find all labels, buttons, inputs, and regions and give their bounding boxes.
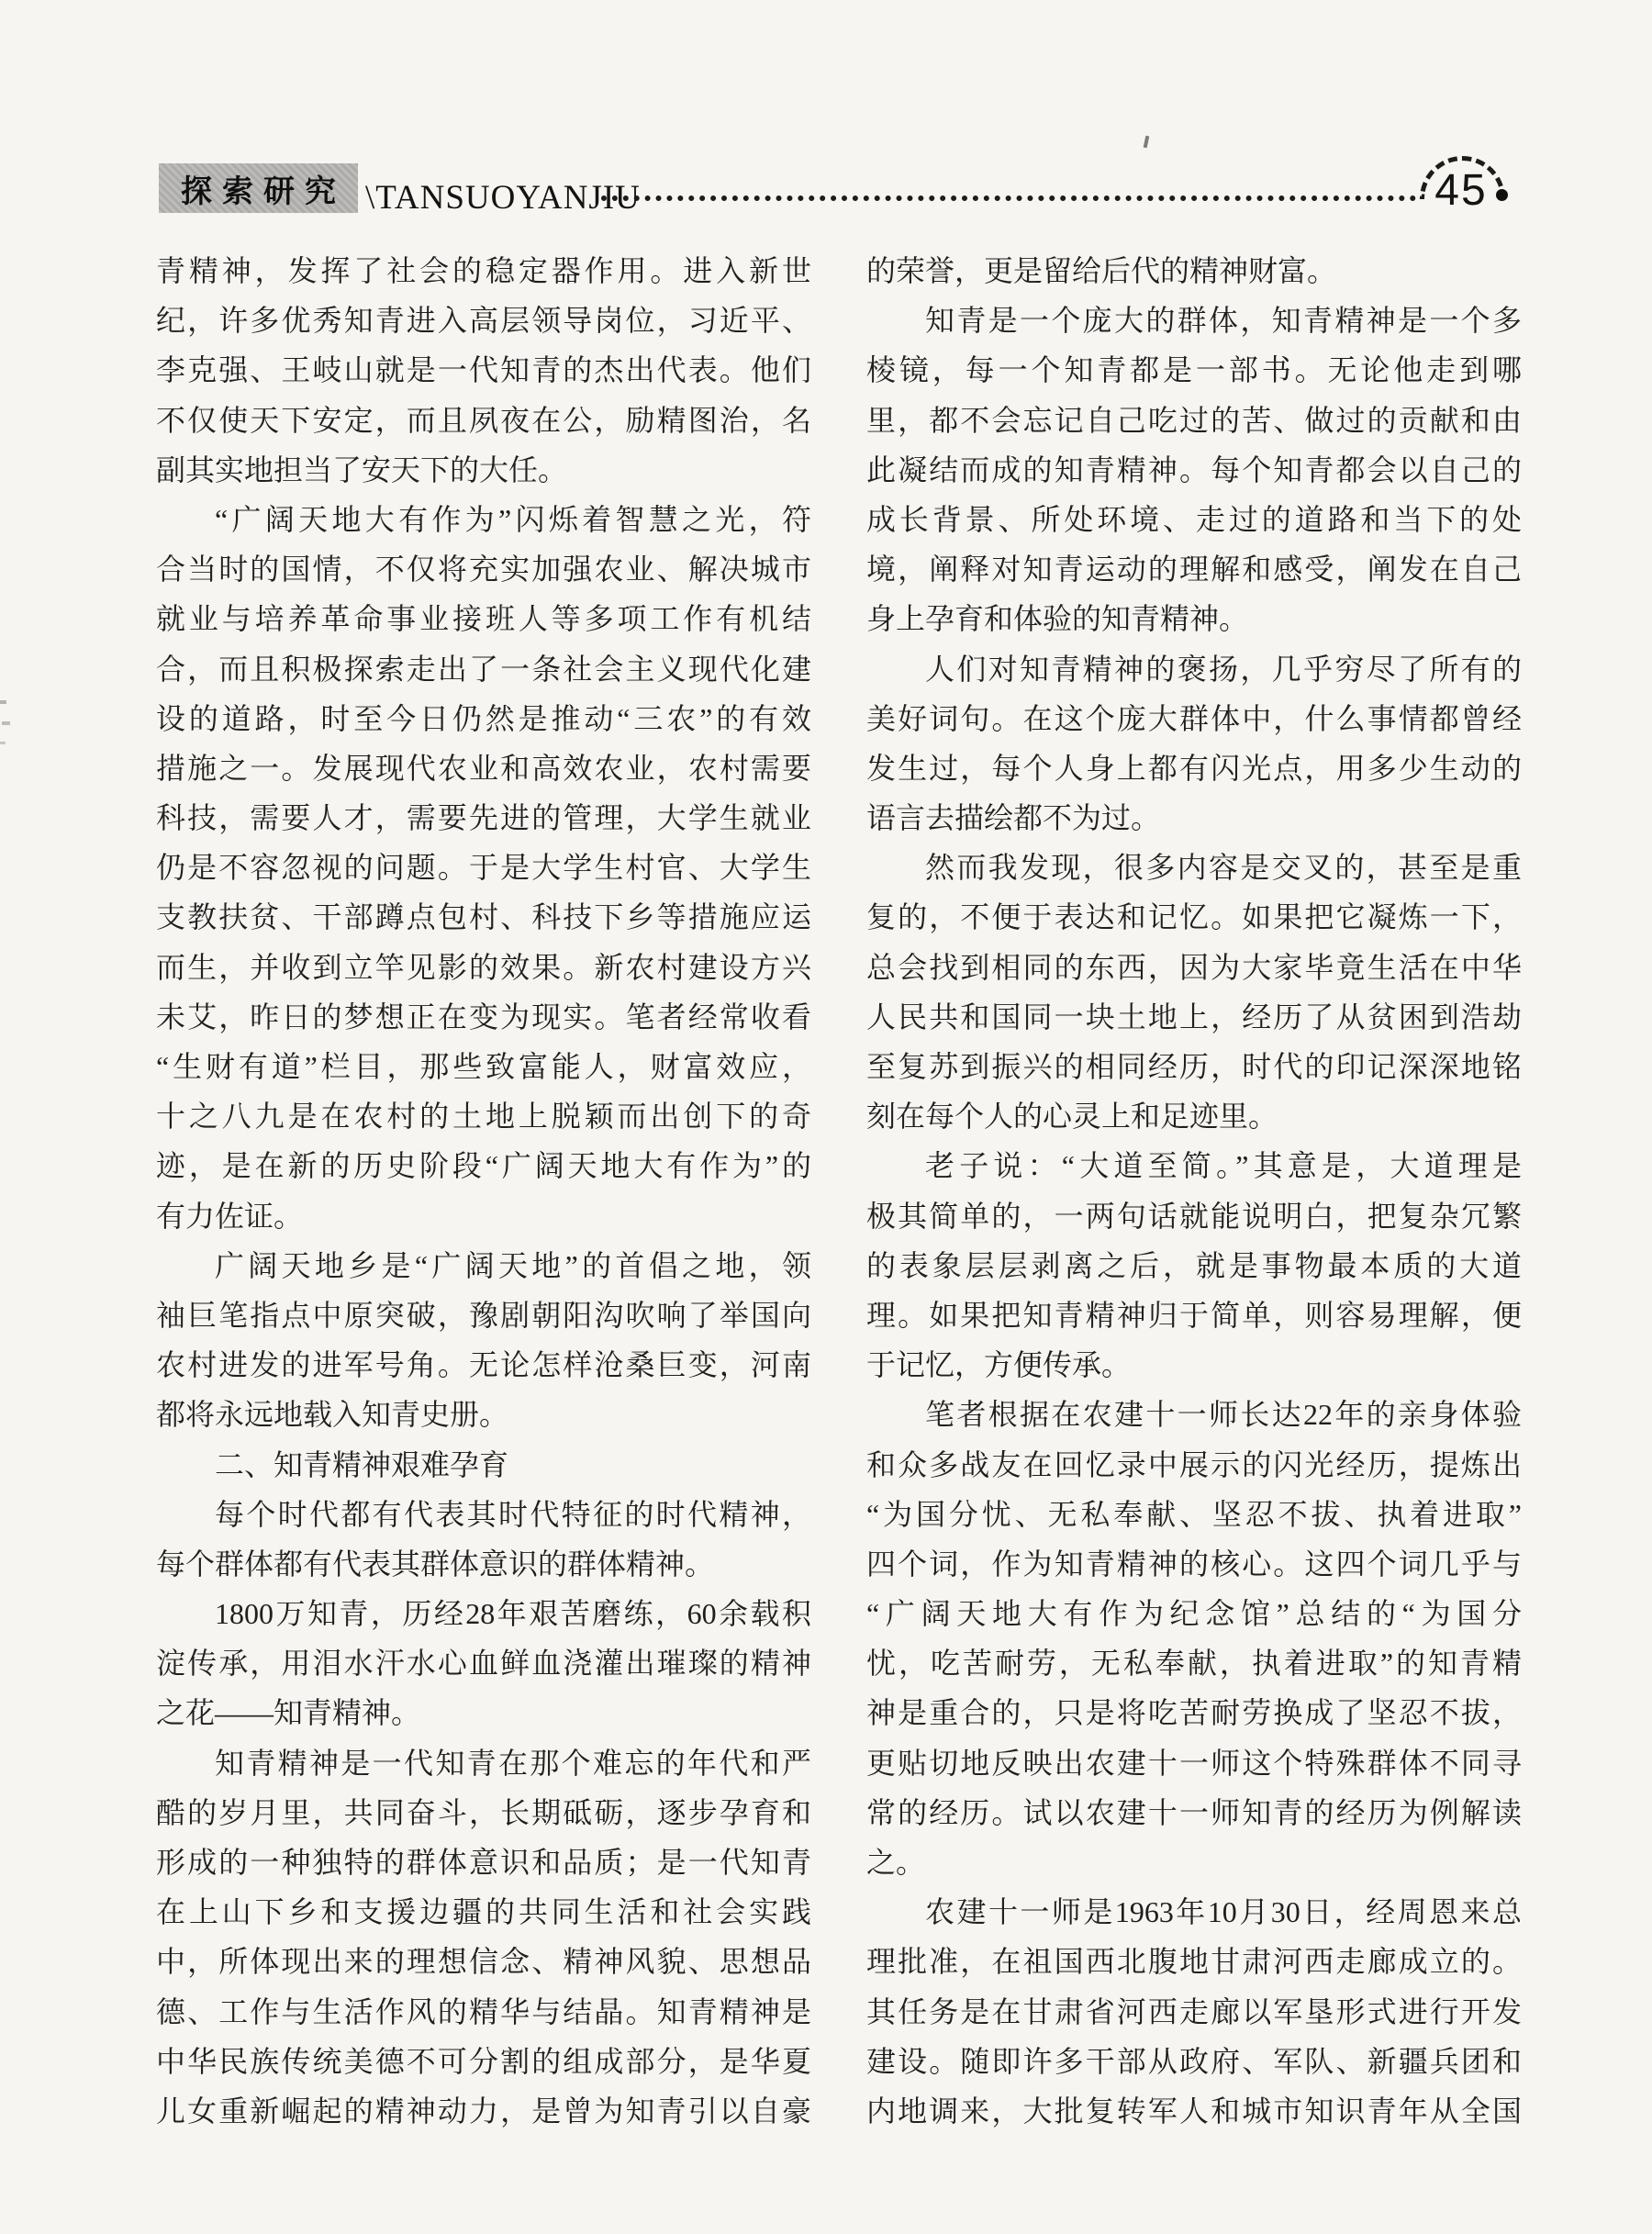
left-text-column: 青精神，发挥了社会的稳定器作用。进入新世纪，许多优秀知青进入高层领导岗位，习近平… (156, 246, 811, 2136)
text-line: 之花——知青精神。 (156, 1688, 811, 1737)
text-line: 副其实地担当了安天下的大任。 (156, 445, 811, 495)
text-line: 不仅使天下安定，而且夙夜在公，励精图治，名 (156, 396, 811, 445)
text-line: 德、工作与生活作风的精华与结晶。知青精神是 (156, 1987, 811, 2037)
text-line: 成长背景、所处环境、走过的道路和当下的处 (866, 495, 1522, 544)
text-line: 支教扶贫、干部蹲点包村、科技下乡等措施应运 (156, 892, 811, 942)
page-number-dot (1496, 189, 1508, 201)
text-line: 每个时代都有代表其时代特征的时代精神， (156, 1490, 811, 1539)
dotted-leader-line (601, 195, 1416, 201)
text-line: 和众多战友在回忆录中展示的闪光经历，提炼出 (866, 1440, 1522, 1490)
text-line: 设的道路，时至今日仍然是推动“三农”的有效 (156, 694, 811, 743)
text-line: 内地调来，大批复转军人和城市知识青年从全国 (866, 2086, 1522, 2136)
scan-speck (0, 742, 6, 744)
text-line: 建设。随即许多干部从政府、军队、新疆兵团和 (866, 2037, 1522, 2086)
text-line: 里，都不会忘记自己吃过的苦、做过的贡献和由 (866, 396, 1522, 445)
text-line: 就业与培养革命事业接班人等多项工作有机结 (156, 594, 811, 643)
text-line: 此凝结而成的知青精神。每个知青都会以自己的 (866, 445, 1522, 495)
text-line: 形成的一种独特的群体意识和品质；是一代知青 (156, 1837, 811, 1887)
text-line: 的表象层层剥离之后，就是事物最本质的大道 (866, 1241, 1522, 1290)
text-line: “为国分忧、无私奉献、坚忍不拔、执着进取” (866, 1490, 1522, 1539)
text-line: 境，阐释对知青运动的理解和感受，阐发在自己 (866, 544, 1522, 594)
text-line: 李克强、王岐山就是一代知青的杰出代表。他们 (156, 345, 811, 395)
text-line: 儿女重新崛起的精神动力，是曾为知青引以自豪 (156, 2086, 811, 2136)
text-line: 发生过，每个人身上都有闪光点，用多少生动的 (866, 743, 1522, 793)
text-line: 合当时的国情，不仅将充实加强农业、解决城市 (156, 544, 811, 594)
text-line: 人们对知青精神的褒扬，几乎穷尽了所有的 (866, 644, 1522, 694)
right-text-column: 的荣誉，更是留给后代的精神财富。知青是一个庞大的群体，知青精神是一个多棱镜，每一… (866, 246, 1522, 2136)
text-line: 老子说：“大道至简。”其意是，大道理是 (866, 1141, 1522, 1190)
text-line: 在上山下乡和支援边疆的共同生活和社会实践 (156, 1887, 811, 1937)
section-label-box: 探索研究 (159, 163, 358, 213)
text-line: 然而我发现，很多内容是交叉的，甚至是重 (866, 843, 1522, 892)
text-line: 合，而且积极探索走出了一条社会主义现代化建 (156, 644, 811, 694)
text-line: 二、知青精神艰难孕育 (156, 1440, 811, 1490)
text-line: “广阔天地大有作为纪念馆”总结的“为国分 (866, 1589, 1522, 1638)
text-line: 青精神，发挥了社会的稳定器作用。进入新世 (156, 246, 811, 296)
text-line: 1800万知青，历经28年艰苦磨练，60余载积 (156, 1589, 811, 1638)
text-line: 语言去描绘都不为过。 (866, 793, 1522, 843)
text-line: 理。如果把知青精神归于简单，则容易理解，便 (866, 1290, 1522, 1340)
text-line: 淀传承，用泪水汗水心血鲜血浇灌出璀璨的精神 (156, 1638, 811, 1688)
text-line: 每个群体都有代表其群体意识的群体精神。 (156, 1539, 811, 1589)
text-line: 至复苏到振兴的相同经历，时代的印记深深地铭 (866, 1042, 1522, 1091)
text-line: 美好词句。在这个庞大群体中，什么事情都曾经 (866, 694, 1522, 743)
text-line: 更贴切地反映出农建十一师这个特殊群体不同寻 (866, 1738, 1522, 1788)
text-line: 知青精神是一代知青在那个难忘的年代和严 (156, 1738, 811, 1788)
scanned-journal-page: 探索研究 \TANSUOYANJIU 45 青精神，发挥了社会的稳定器作用。进入… (0, 0, 1652, 2234)
text-line: 极其简单的，一两句话就能说明白，把复杂冗繁 (866, 1191, 1522, 1241)
text-line: 总会找到相同的东西，因为大家毕竟生活在中华 (866, 943, 1522, 992)
text-line: 人民共和国同一块土地上，经历了从贫困到浩劫 (866, 992, 1522, 1042)
text-line: 刻在每个人的心灵上和足迹里。 (866, 1091, 1522, 1141)
text-line: 农建十一师是1963年10月30日，经周恩来总 (866, 1887, 1522, 1937)
section-label: 探索研究 (181, 166, 346, 211)
text-line: 措施之一。发展现代农业和高效农业，农村需要 (156, 743, 811, 793)
page-number: 45 (1428, 165, 1494, 216)
text-line: 未艾，昨日的梦想正在变为现实。笔者经常收看 (156, 992, 811, 1042)
text-line: 四个词，作为知青精神的核心。这四个词几乎与 (866, 1539, 1522, 1589)
text-line: 于记忆，方便传承。 (866, 1340, 1522, 1390)
text-line: 之。 (866, 1837, 1522, 1887)
text-line: 知青是一个庞大的群体，知青精神是一个多 (866, 296, 1522, 345)
text-line: 神是重合的，只是将吃苦耐劳换成了坚忍不拔， (866, 1688, 1522, 1737)
scan-speck (2, 721, 10, 725)
text-line: 科技，需要人才，需要先进的管理，大学生就业 (156, 793, 811, 843)
text-line: 袖巨笔指点中原突破，豫剧朝阳沟吹响了举国向 (156, 1290, 811, 1340)
text-line: “广阔天地大有作为”闪烁着智慧之光，符 (156, 495, 811, 544)
text-line: 迹，是在新的历史阶段“广阔天地大有作为”的 (156, 1141, 811, 1190)
text-line: 十之八九是在农村的土地上脱颖而出创下的奇 (156, 1091, 811, 1141)
text-line: 中，所体现出来的理想信念、精神风貌、思想品 (156, 1937, 811, 1986)
text-line: 有力佐证。 (156, 1191, 811, 1241)
text-line: 的荣誉，更是留给后代的精神财富。 (866, 246, 1522, 296)
text-line: 忧，吃苦耐劳，无私奉献，执着进取”的知青精 (866, 1638, 1522, 1688)
text-line: 广阔天地乡是“广阔天地”的首倡之地，领 (156, 1241, 811, 1290)
text-line: 复的，不便于表达和记忆。如果把它凝炼一下， (866, 892, 1522, 942)
text-line: 笔者根据在农建十一师长达22年的亲身体验 (866, 1390, 1522, 1439)
journal-code-text: \TANSUOYANJIU (365, 178, 641, 218)
text-line: 都将永远地载入知青史册。 (156, 1390, 811, 1439)
text-line: 身上孕育和体验的知青精神。 (866, 594, 1522, 643)
text-line: 常的经历。试以农建十一师知青的经历为例解读 (866, 1788, 1522, 1837)
text-line: 仍是不容忽视的问题。于是大学生村官、大学生 (156, 843, 811, 892)
text-line: 酷的岁月里，共同奋斗，长期砥砺，逐步孕育和 (156, 1788, 811, 1837)
text-line: 而生，并收到立竿见影的效果。新农村建设方兴 (156, 943, 811, 992)
scan-speck (0, 700, 6, 704)
text-line: 农村进发的进军号角。无论怎样沧桑巨变，河南 (156, 1340, 811, 1390)
text-line: 中华民族传统美德不可分割的组成部分，是华夏 (156, 2037, 811, 2086)
text-line: 棱镜，每一个知青都是一部书。无论他走到哪 (866, 345, 1522, 395)
text-line: “生财有道”栏目，那些致富能人，财富效应， (156, 1042, 811, 1091)
scan-speck (1144, 136, 1150, 149)
text-line: 理批准，在祖国西北腹地甘肃河西走廊成立的。 (866, 1937, 1522, 1986)
text-line: 其任务是在甘肃省河西走廊以军垦形式进行开发 (866, 1987, 1522, 2037)
text-line: 纪，许多优秀知青进入高层领导岗位，习近平、 (156, 296, 811, 345)
